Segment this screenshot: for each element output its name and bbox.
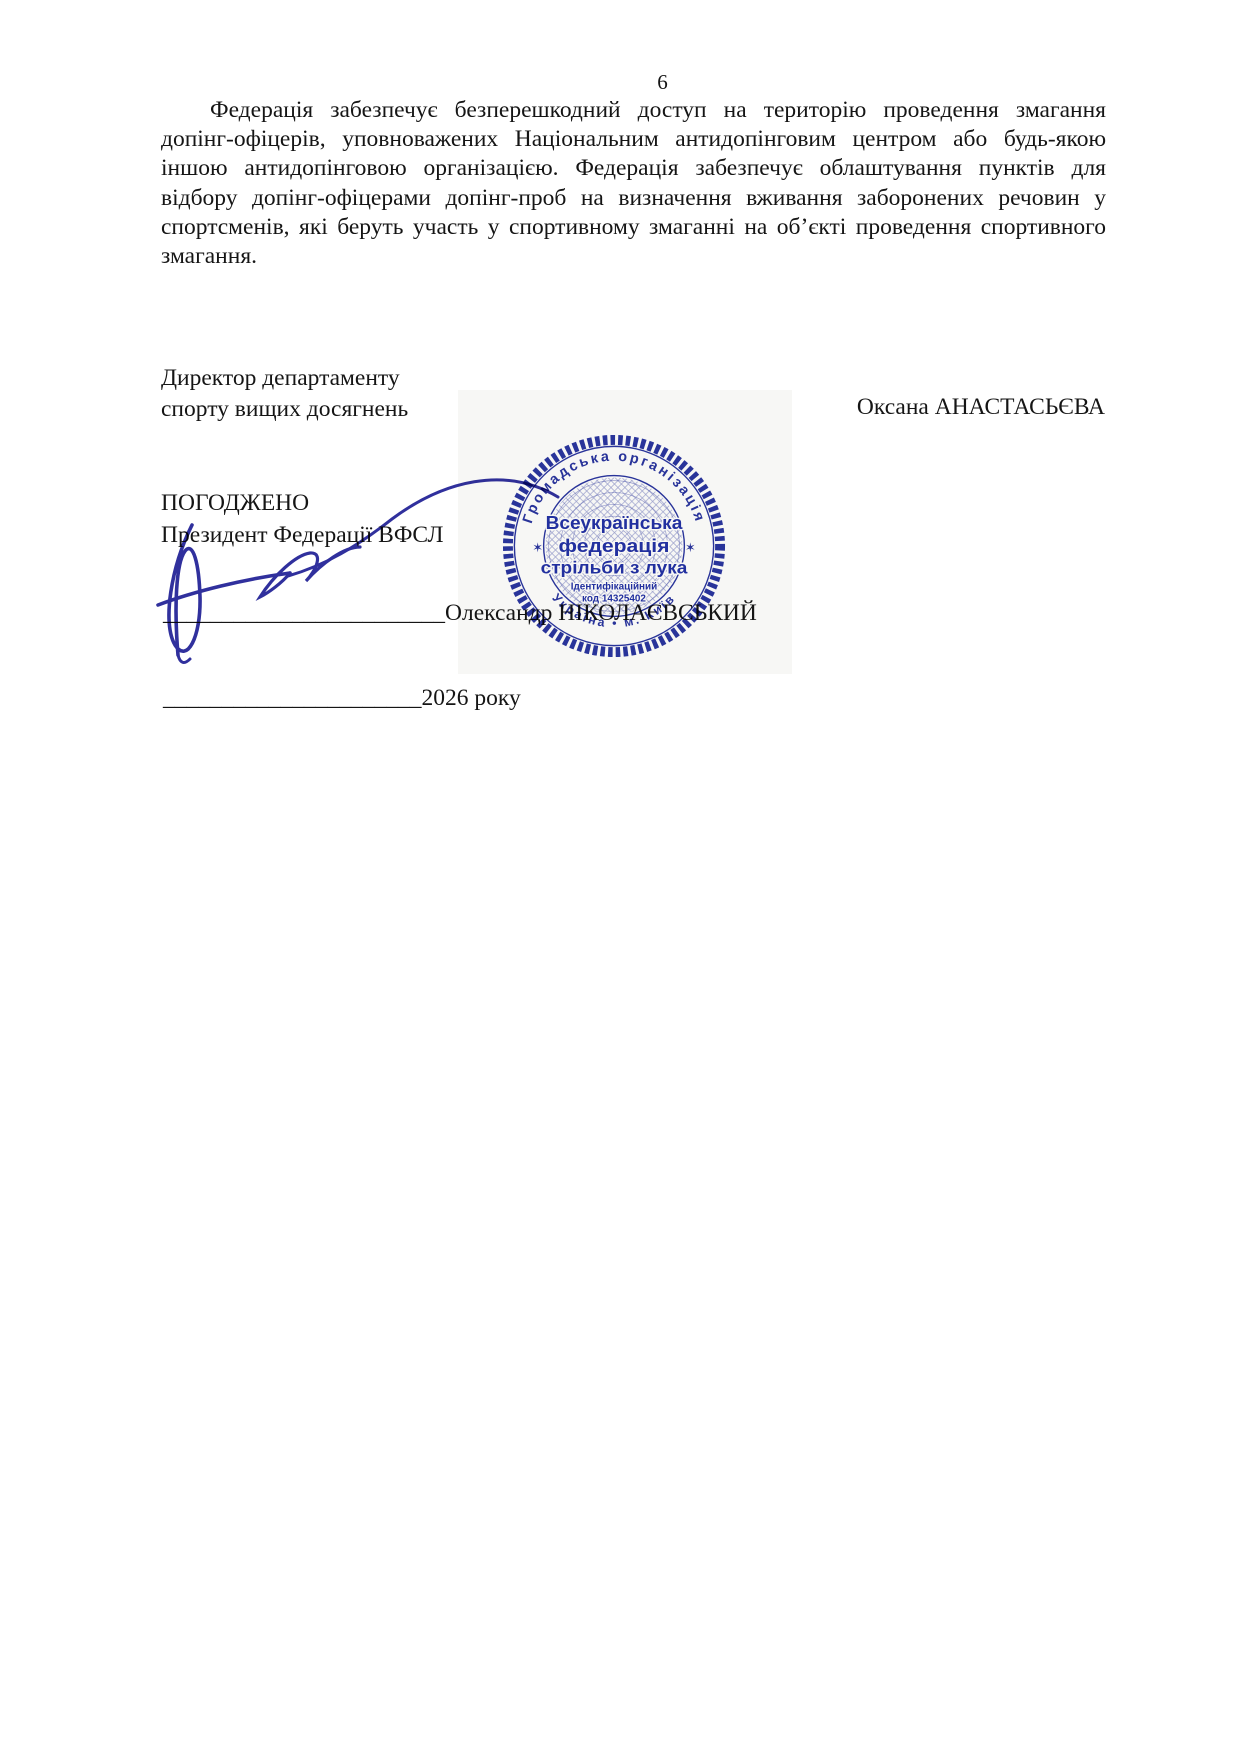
stamp-center-line1: Всеукраїнська [546, 512, 683, 533]
stamp-code-line1: Ідентифікаційний [571, 582, 657, 593]
signature-line-underscores: ________________________ [163, 600, 445, 626]
date-line-underscores: ______________________ [163, 685, 422, 711]
president-title: Президент Федерації ВФСЛ [161, 522, 443, 549]
director-title-block: Директор департаменту спорту вищих досяг… [161, 363, 408, 425]
stamp-star-left-icon: ✶ [532, 540, 543, 555]
stamp-center-line2: федерація [558, 535, 669, 556]
director-title-line2: спорту вищих досягнень [161, 394, 408, 425]
round-seal-stamp: Громадська організація Україна • м. Київ… [500, 432, 728, 660]
approved-label: ПОГОДЖЕНО [161, 490, 309, 517]
date-line: ______________________2026 року [163, 685, 521, 712]
page-number: 6 [0, 70, 1241, 95]
stamp-code-line2: код 14325402 [582, 594, 646, 605]
stamp-star-right-icon: ✶ [685, 540, 696, 555]
body-paragraph: Федерація забезпечує безперешкодний дост… [161, 96, 1106, 271]
date-year: 2026 року [422, 685, 521, 711]
stamp-center-line3: стрільби з лука [541, 558, 689, 578]
director-name: Оксана АНАСТАСЬЄВА [660, 394, 1105, 421]
document-page: 6 Федерація забезпечує безперешкодний до… [0, 0, 1241, 1755]
director-title-line1: Директор департаменту [161, 363, 408, 394]
